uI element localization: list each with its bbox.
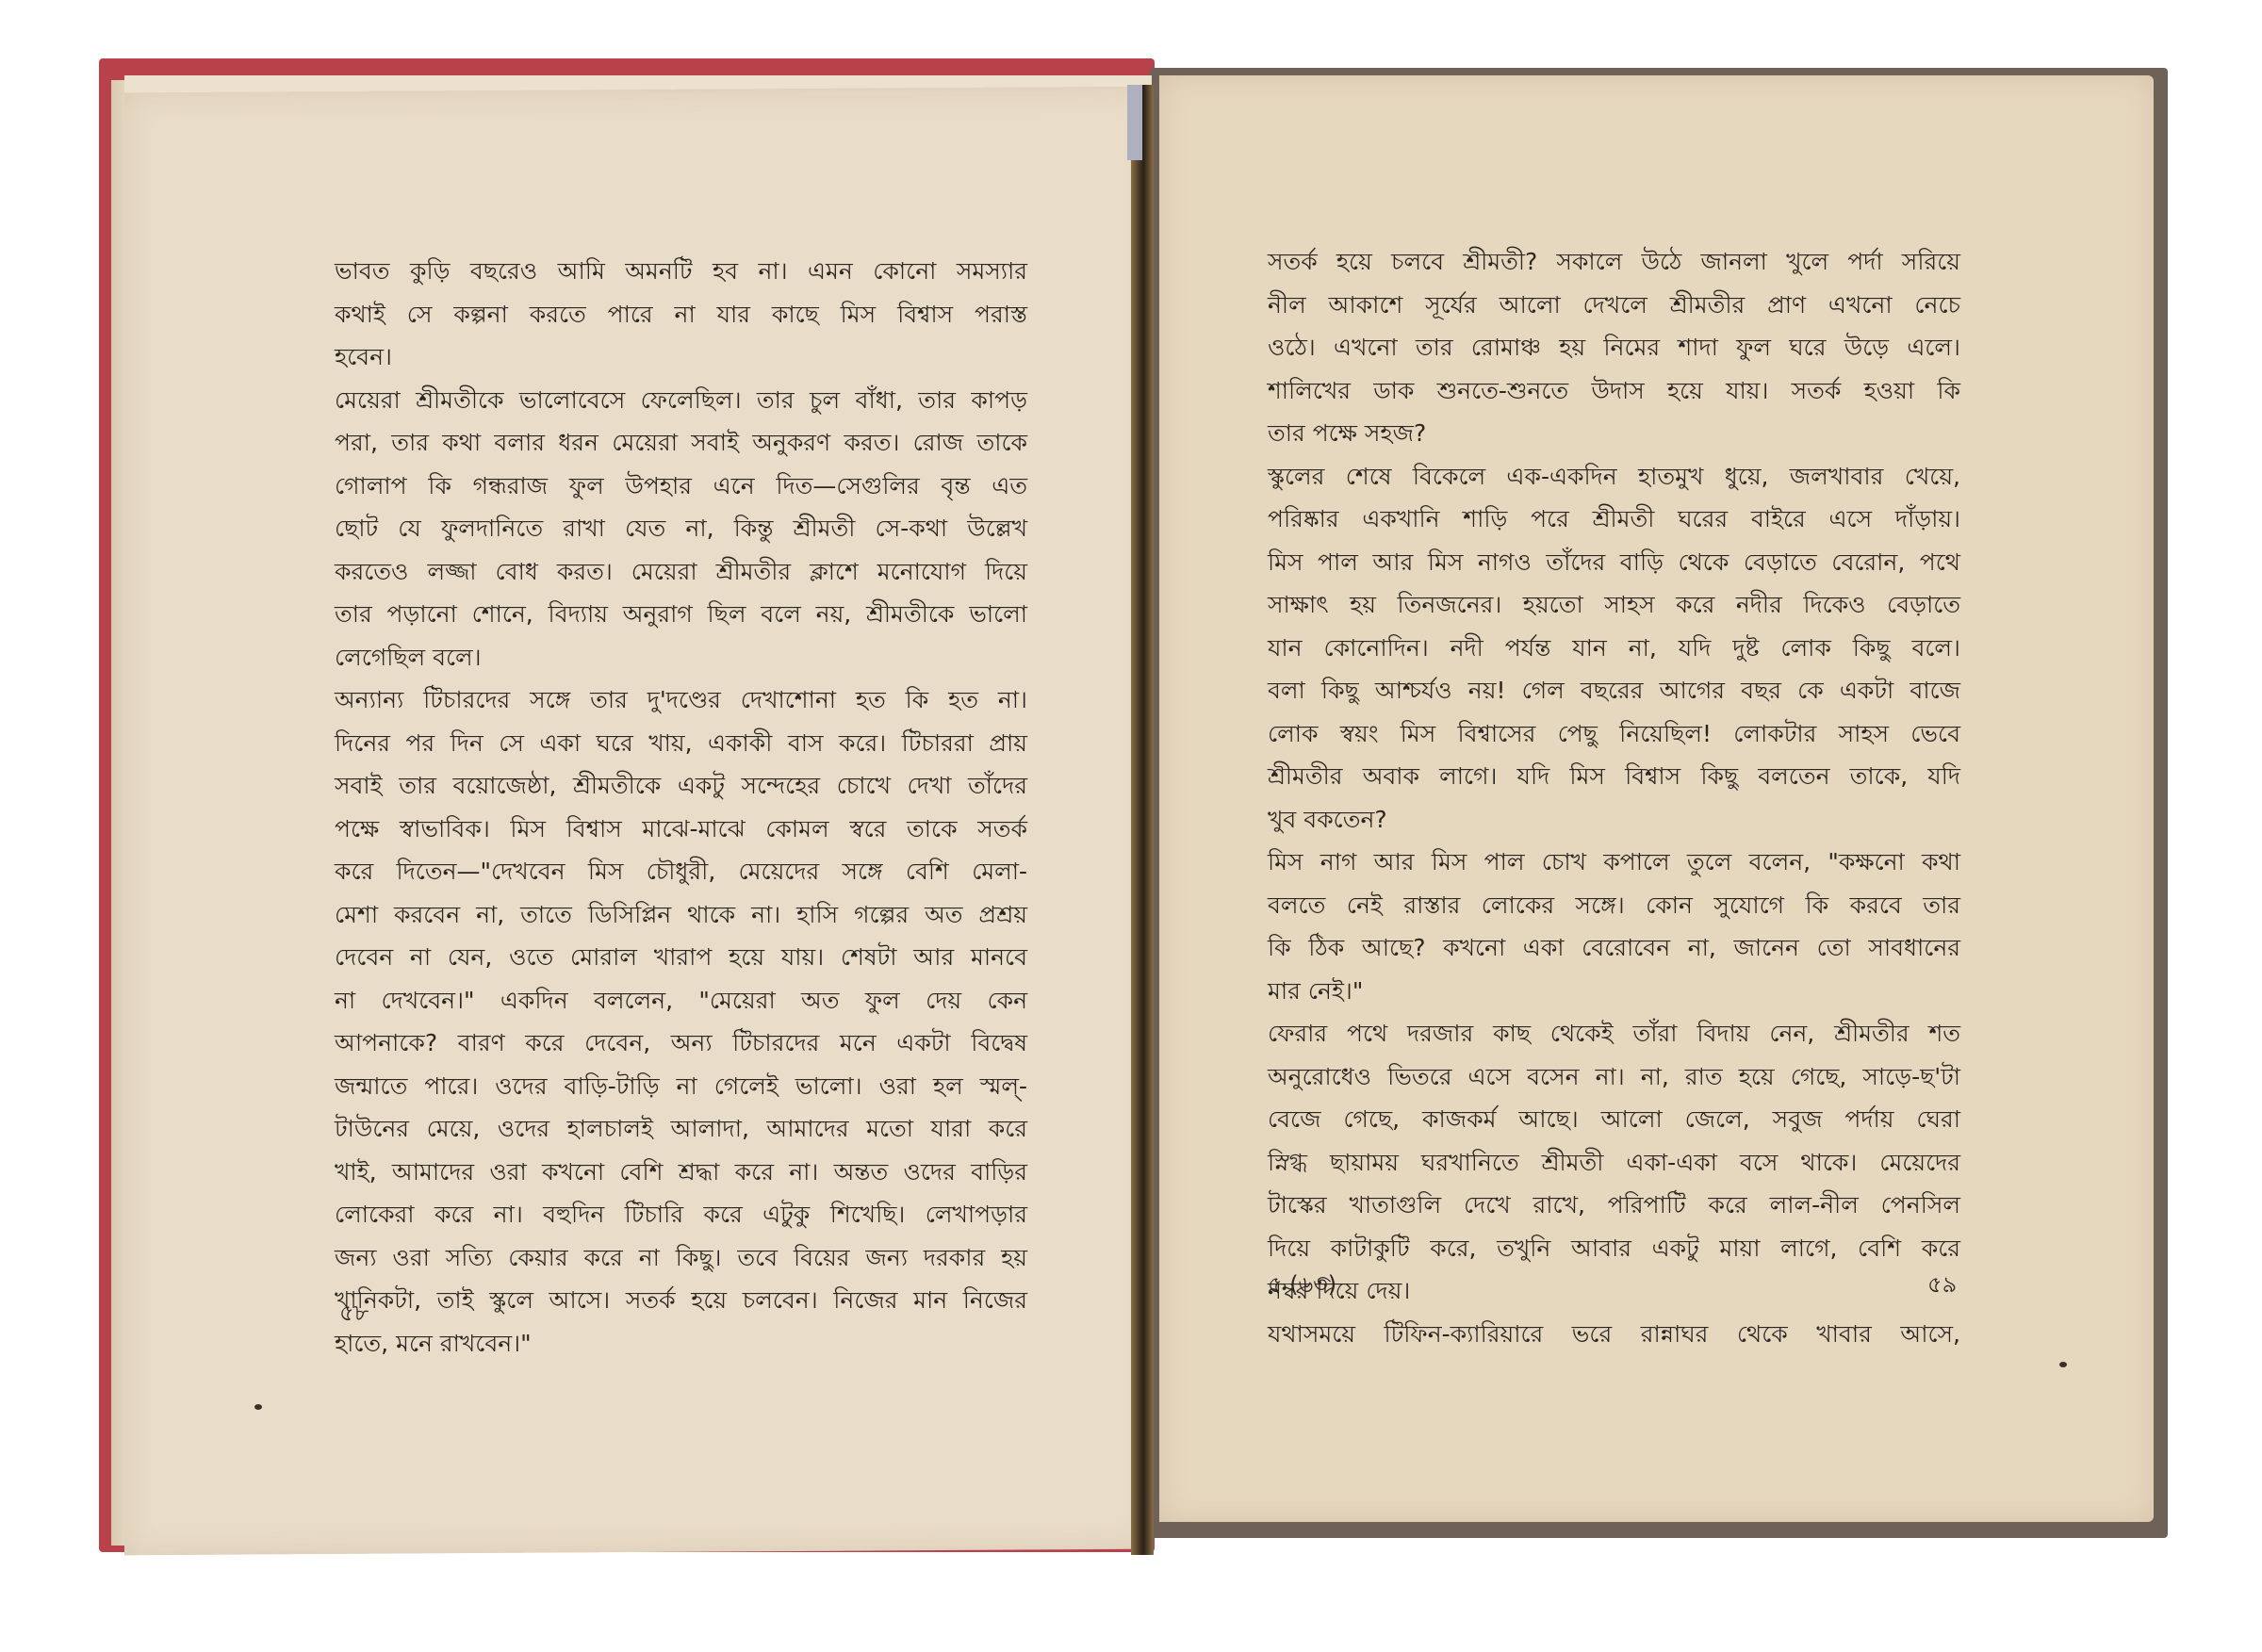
text-line: হাতে, মনে রাখবেন।" bbox=[335, 1322, 1027, 1366]
text-line: কি ঠিক আছে? কখনো একা বেরোবেন না, জানেন ত… bbox=[1268, 926, 1960, 970]
text-line: মিস নাগ আর মিস পাল চোখ কপালে তুলে বলেন, … bbox=[1268, 841, 1960, 884]
signature-mark: ৫ (৬৩) bbox=[1268, 1268, 1336, 1305]
right-page-number: ৫৯ bbox=[1927, 1268, 1957, 1305]
text-line: না দেখবেন।" একদিন বললেন, "মেয়েরা অত ফুল… bbox=[335, 979, 1027, 1022]
text-line: জন্য ওরা সত্যি কেয়ার করে না কিছু। তবে ব… bbox=[335, 1236, 1027, 1280]
left-page-text: ভাবত কুড়ি বছরেও আমি অমনটি হব না। এমন কো… bbox=[335, 250, 1027, 1365]
text-line: মিস পাল আর মিস নাগও তাঁদের বাড়ি থেকে বে… bbox=[1268, 541, 1960, 584]
text-line: সাক্ষাৎ হয় তিনজনের। হয়তো সাহস করে নদীর… bbox=[1268, 583, 1960, 627]
text-line: দিয়ে কাটাকুটি করে, তখুনি আবার একটু মায়… bbox=[1268, 1227, 1960, 1270]
text-line: মেয়েরা শ্রীমতীকে ভালোবেসে ফেলেছিল। তার … bbox=[335, 379, 1027, 422]
text-line: অন্যান্য টিচারদের সঙ্গে তার দু'দণ্ডের দে… bbox=[335, 679, 1027, 722]
text-line: তার পড়ানো শোনে, বিদ্যায় অনুরাগ ছিল বলে… bbox=[335, 593, 1027, 636]
text-line: সতর্ক হয়ে চলবে শ্রীমতী? সকালে উঠে জানলা… bbox=[1268, 240, 1960, 284]
text-line: স্কুলের শেষে বিকেলে এক-একদিন হাতমুখ ধুয়… bbox=[1268, 455, 1960, 499]
right-page-text: সতর্ক হয়ে চলবে শ্রীমতী? সকালে উঠে জানলা… bbox=[1268, 240, 1960, 1355]
text-line: কথাই সে কল্পনা করতে পারে না যার কাছে মিস… bbox=[335, 293, 1027, 336]
text-line: লোক স্বয়ং মিস বিশ্বাসের পেছু নিয়েছিল! … bbox=[1268, 712, 1960, 756]
text-line: শ্রীমতীর অবাক লাগে। যদি মিস বিশ্বাস কিছু… bbox=[1268, 755, 1960, 798]
text-line: পরিষ্কার একখানি শাড়ি পরে শ্রীমতী ঘরের ব… bbox=[1268, 498, 1960, 541]
text-line: টাউনের মেয়ে, ওদের হালচালই আলাদা, আমাদের… bbox=[335, 1107, 1027, 1151]
text-line: জন্মাতে পারে। ওদের বাড়ি-টাড়ি না গেলেই … bbox=[335, 1065, 1027, 1108]
text-line: স্নিগ্ধ ছায়াময় ঘরখানিতে শ্রীমতী একা-এক… bbox=[1268, 1141, 1960, 1185]
text-line: ওঠে। এখনো তার রোমাঞ্চ হয় নিমের শাদা ফুল… bbox=[1268, 326, 1960, 369]
text-line: গোলাপ কি গন্ধরাজ ফুল উপহার এনে দিত—সেগুল… bbox=[335, 465, 1027, 508]
text-line: লোকেরা করে না। বহুদিন টিচারি করে এটুকু শ… bbox=[335, 1193, 1027, 1236]
text-line: আপনাকে? বারণ করে দেবেন, অন্য টিচারদের মন… bbox=[335, 1022, 1027, 1065]
text-line: খানিকটা, তাই স্কুলে আসে। সতর্ক হয়ে চলবে… bbox=[335, 1279, 1027, 1322]
text-line: হবেন। bbox=[335, 335, 1027, 379]
text-line: টাস্কের খাতাগুলি দেখে রাখে, পরিপাটি করে … bbox=[1268, 1184, 1960, 1227]
text-line: খুব বকতেন? bbox=[1268, 798, 1960, 842]
book-spine bbox=[1131, 85, 1154, 1555]
left-page-number: ৫৮ bbox=[339, 1296, 369, 1333]
text-line: দেবেন না যেন, ওতে মোরাল খারাপ হয়ে যায়।… bbox=[335, 936, 1027, 979]
text-line: করে দিতেন—"দেখবেন মিস চৌধুরী, মেয়েদের স… bbox=[335, 850, 1027, 893]
text-line: বেজে গেছে, কাজকর্ম আছে। আলো জেলে, সবুজ প… bbox=[1268, 1098, 1960, 1141]
text-line: নীল আকাশে সূর্যের আলো দেখলে শ্রীমতীর প্র… bbox=[1268, 284, 1960, 327]
text-line: মেশা করবেন না, তাতে ডিসিপ্লিন থাকে না। হ… bbox=[335, 893, 1027, 937]
text-line: লেগেছিল বলে। bbox=[335, 636, 1027, 679]
text-line: ফেরার পথে দরজার কাছ থেকেই তাঁরা বিদায় ন… bbox=[1268, 1012, 1960, 1055]
text-line: ভাবত কুড়ি বছরেও আমি অমনটি হব না। এমন কো… bbox=[335, 250, 1027, 293]
text-line: মার নেই।" bbox=[1268, 970, 1960, 1013]
text-line: অনুরোধেও ভিতরে এসে বসেন না। না, রাত হয়ে… bbox=[1268, 1055, 1960, 1099]
text-line: সবাই তার বয়োজেষ্ঠা, শ্রীমতীকে একটু সন্দ… bbox=[335, 764, 1027, 808]
text-line: যথাসময়ে টিফিন-ক্যারিয়ারে ভরে রান্নাঘর … bbox=[1268, 1313, 1960, 1356]
paper-speck bbox=[254, 1404, 262, 1410]
text-line: তার পক্ষে সহজ? bbox=[1268, 412, 1960, 455]
text-line: খাই, আমাদের ওরা কখনো বেশি শ্রদ্ধা করে না… bbox=[335, 1151, 1027, 1194]
text-line: নম্বর দিয়ে দেয়। bbox=[1268, 1269, 1960, 1313]
text-line: পক্ষে স্বাভাবিক। মিস বিশ্বাস মাঝে-মাঝে ক… bbox=[335, 808, 1027, 851]
paper-speck bbox=[2059, 1362, 2067, 1367]
text-line: দিনের পর দিন সে একা ঘরে খায়, একাকী বাস … bbox=[335, 722, 1027, 765]
text-line: যান কোনোদিন। নদী পর্যন্ত যান না, যদি দুষ… bbox=[1268, 627, 1960, 670]
text-line: বলতে নেই রাস্তার লোকের সঙ্গে। কোন সুযোগে… bbox=[1268, 884, 1960, 927]
text-line: পরা, তার কথা বলার ধরন মেয়েরা সবাই অনুকর… bbox=[335, 421, 1027, 465]
text-line: করতেও লজ্জা বোধ করত। মেয়েরা শ্রীমতীর ক্… bbox=[335, 550, 1027, 594]
spine-binding-cloth bbox=[1127, 85, 1142, 160]
text-line: শালিখের ডাক শুনতে-শুনতে উদাস হয়ে যায়। … bbox=[1268, 369, 1960, 413]
text-line: বলা কিছু আশ্চর্যও নয়! গেল বছরের আগের বছ… bbox=[1268, 669, 1960, 712]
text-line: ছোট যে ফুলদানিতে রাখা যেত না, কিন্তু শ্র… bbox=[335, 507, 1027, 550]
